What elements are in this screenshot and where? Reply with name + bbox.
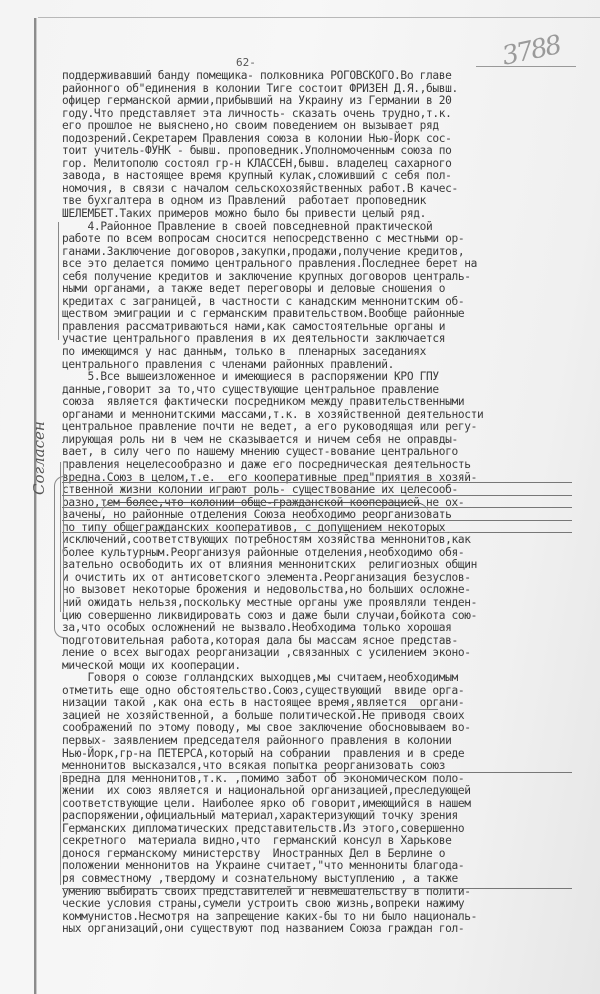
underline-mark	[62, 532, 572, 533]
margin-double-line-mark-2	[63, 462, 64, 612]
margin-line-mark	[58, 222, 59, 340]
text-line: по имеющимся у нас данным, только в плен…	[62, 346, 592, 359]
text-line: ШЕЛЕМБЕТ.Таких примеров можно было бы пр…	[62, 208, 592, 221]
text-line: все это делается помимо центрального пра…	[62, 258, 592, 271]
text-line: распоряжении,официальный материал,характ…	[62, 810, 592, 823]
underline-mark	[62, 507, 572, 508]
text-line: 5.Все вышеизложенное и имеющиеся в распо…	[62, 371, 592, 384]
text-line: меннонитов высказался,что всякая попытка…	[62, 760, 592, 773]
text-line: низации такой ,как она есть в настоящее …	[62, 697, 592, 710]
text-line: ний ожидать нельзя,поскольку местные орг…	[62, 597, 592, 610]
text-line: офицер германской армии,прибывший на Укр…	[62, 95, 592, 108]
text-line: зательно освободить их от влияния меннон…	[62, 559, 592, 572]
underline-mark	[62, 520, 572, 521]
margin-double-line-mark	[60, 462, 61, 612]
text-line: союза является фактически посредником ме…	[62, 396, 592, 409]
underline-mark	[62, 482, 572, 483]
binding-fold-shadow	[36, 18, 37, 994]
handwritten-curve-mark	[100, 502, 430, 517]
page-number: 62-	[236, 56, 256, 69]
margin-line-mark-lower	[60, 775, 61, 885]
text-line: ных организаций,они существуют под назва…	[62, 923, 592, 936]
document-page: 62- 3788 поддерживавший банду помещика- …	[0, 0, 600, 994]
text-line: жении их союз является и национальной ор…	[62, 785, 592, 798]
text-line: правления нецелесообразно и даже его пос…	[62, 459, 592, 472]
text-line: центральное правление почти не ведет, а …	[62, 421, 592, 434]
underline-mark	[62, 772, 572, 773]
text-line: за,что особых осложнений не вызвало.Необ…	[62, 622, 592, 635]
text-line: исключений,соответствующих потребностям …	[62, 534, 592, 547]
text-line: ление о всех выгодах реорганизации ,связ…	[62, 647, 592, 660]
text-line: ря совместному ,твердому и сознательному…	[62, 873, 592, 886]
text-line: поддерживавший банду помещика- полковник…	[62, 70, 592, 83]
text-line: его прошлое не выяснено,но своим поведен…	[62, 120, 592, 133]
underline-mark	[348, 709, 438, 710]
page-top-edge	[38, 17, 600, 18]
text-line: первых- заявлением председателя районног…	[62, 735, 592, 748]
text-line: ческие условия страны,сумели устроить св…	[62, 898, 592, 911]
text-line: работе по всем вопросам сносится непосре…	[62, 233, 592, 246]
folio-underline	[476, 66, 576, 67]
handwritten-margin-note: Согласен	[30, 421, 48, 495]
underline-mark	[62, 888, 572, 889]
underline-mark	[62, 495, 572, 496]
text-line: тоит учитель-ФУНК - бывш. проповедник.Уп…	[62, 145, 592, 158]
text-line: Говоря о союзе голландских выходцев,мы с…	[62, 672, 592, 685]
text-line: ными органами, а также ведет переговоры …	[62, 283, 592, 296]
